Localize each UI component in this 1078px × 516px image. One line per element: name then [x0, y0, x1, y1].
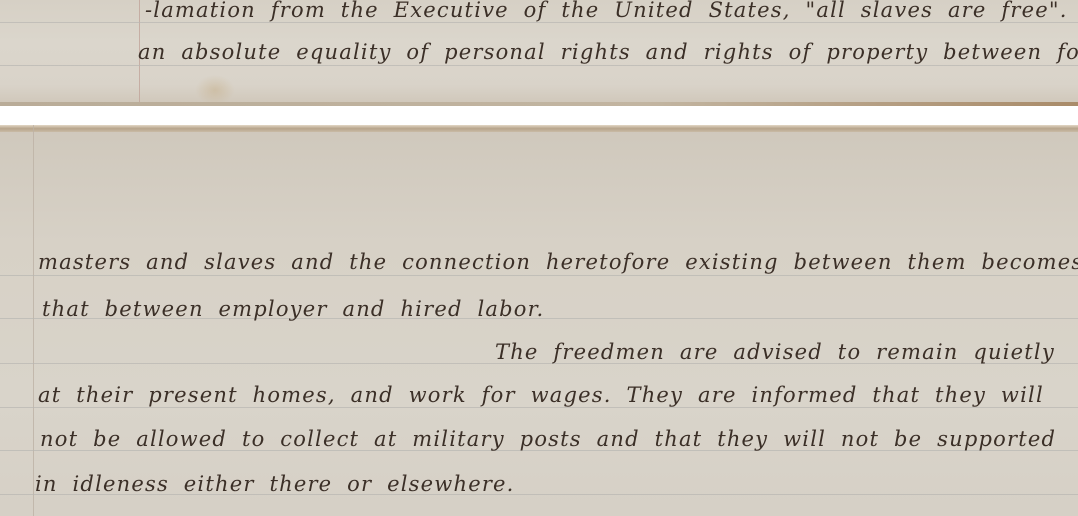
page-image-bottom-strip: masters and slaves and the connection he…	[0, 125, 1078, 516]
handwritten-line: that between employer and hired labor.	[42, 297, 544, 321]
ruled-line	[0, 22, 1078, 23]
handwritten-line: -lamation from the Executive of the Unit…	[145, 0, 1078, 22]
paper-stain	[195, 75, 235, 105]
ruled-line	[0, 65, 1078, 66]
margin-rule	[33, 125, 34, 516]
handwritten-line: in idleness either there or elsewhere.	[35, 472, 515, 496]
ruled-line	[0, 407, 1078, 408]
handwritten-line: masters and slaves and the connection he…	[38, 250, 1078, 274]
handwritten-line: not be allowed to collect at military po…	[40, 427, 1056, 451]
ruled-line	[0, 275, 1078, 276]
page-image-top-strip: -lamation from the Executive of the Unit…	[0, 0, 1078, 106]
image-separator	[0, 106, 1078, 125]
handwritten-line: an absolute equality of personal rights …	[138, 40, 1078, 64]
handwritten-line: The freedmen are advised to remain quiet…	[495, 340, 1055, 364]
handwritten-line: at their present homes, and work for wag…	[38, 383, 1044, 407]
